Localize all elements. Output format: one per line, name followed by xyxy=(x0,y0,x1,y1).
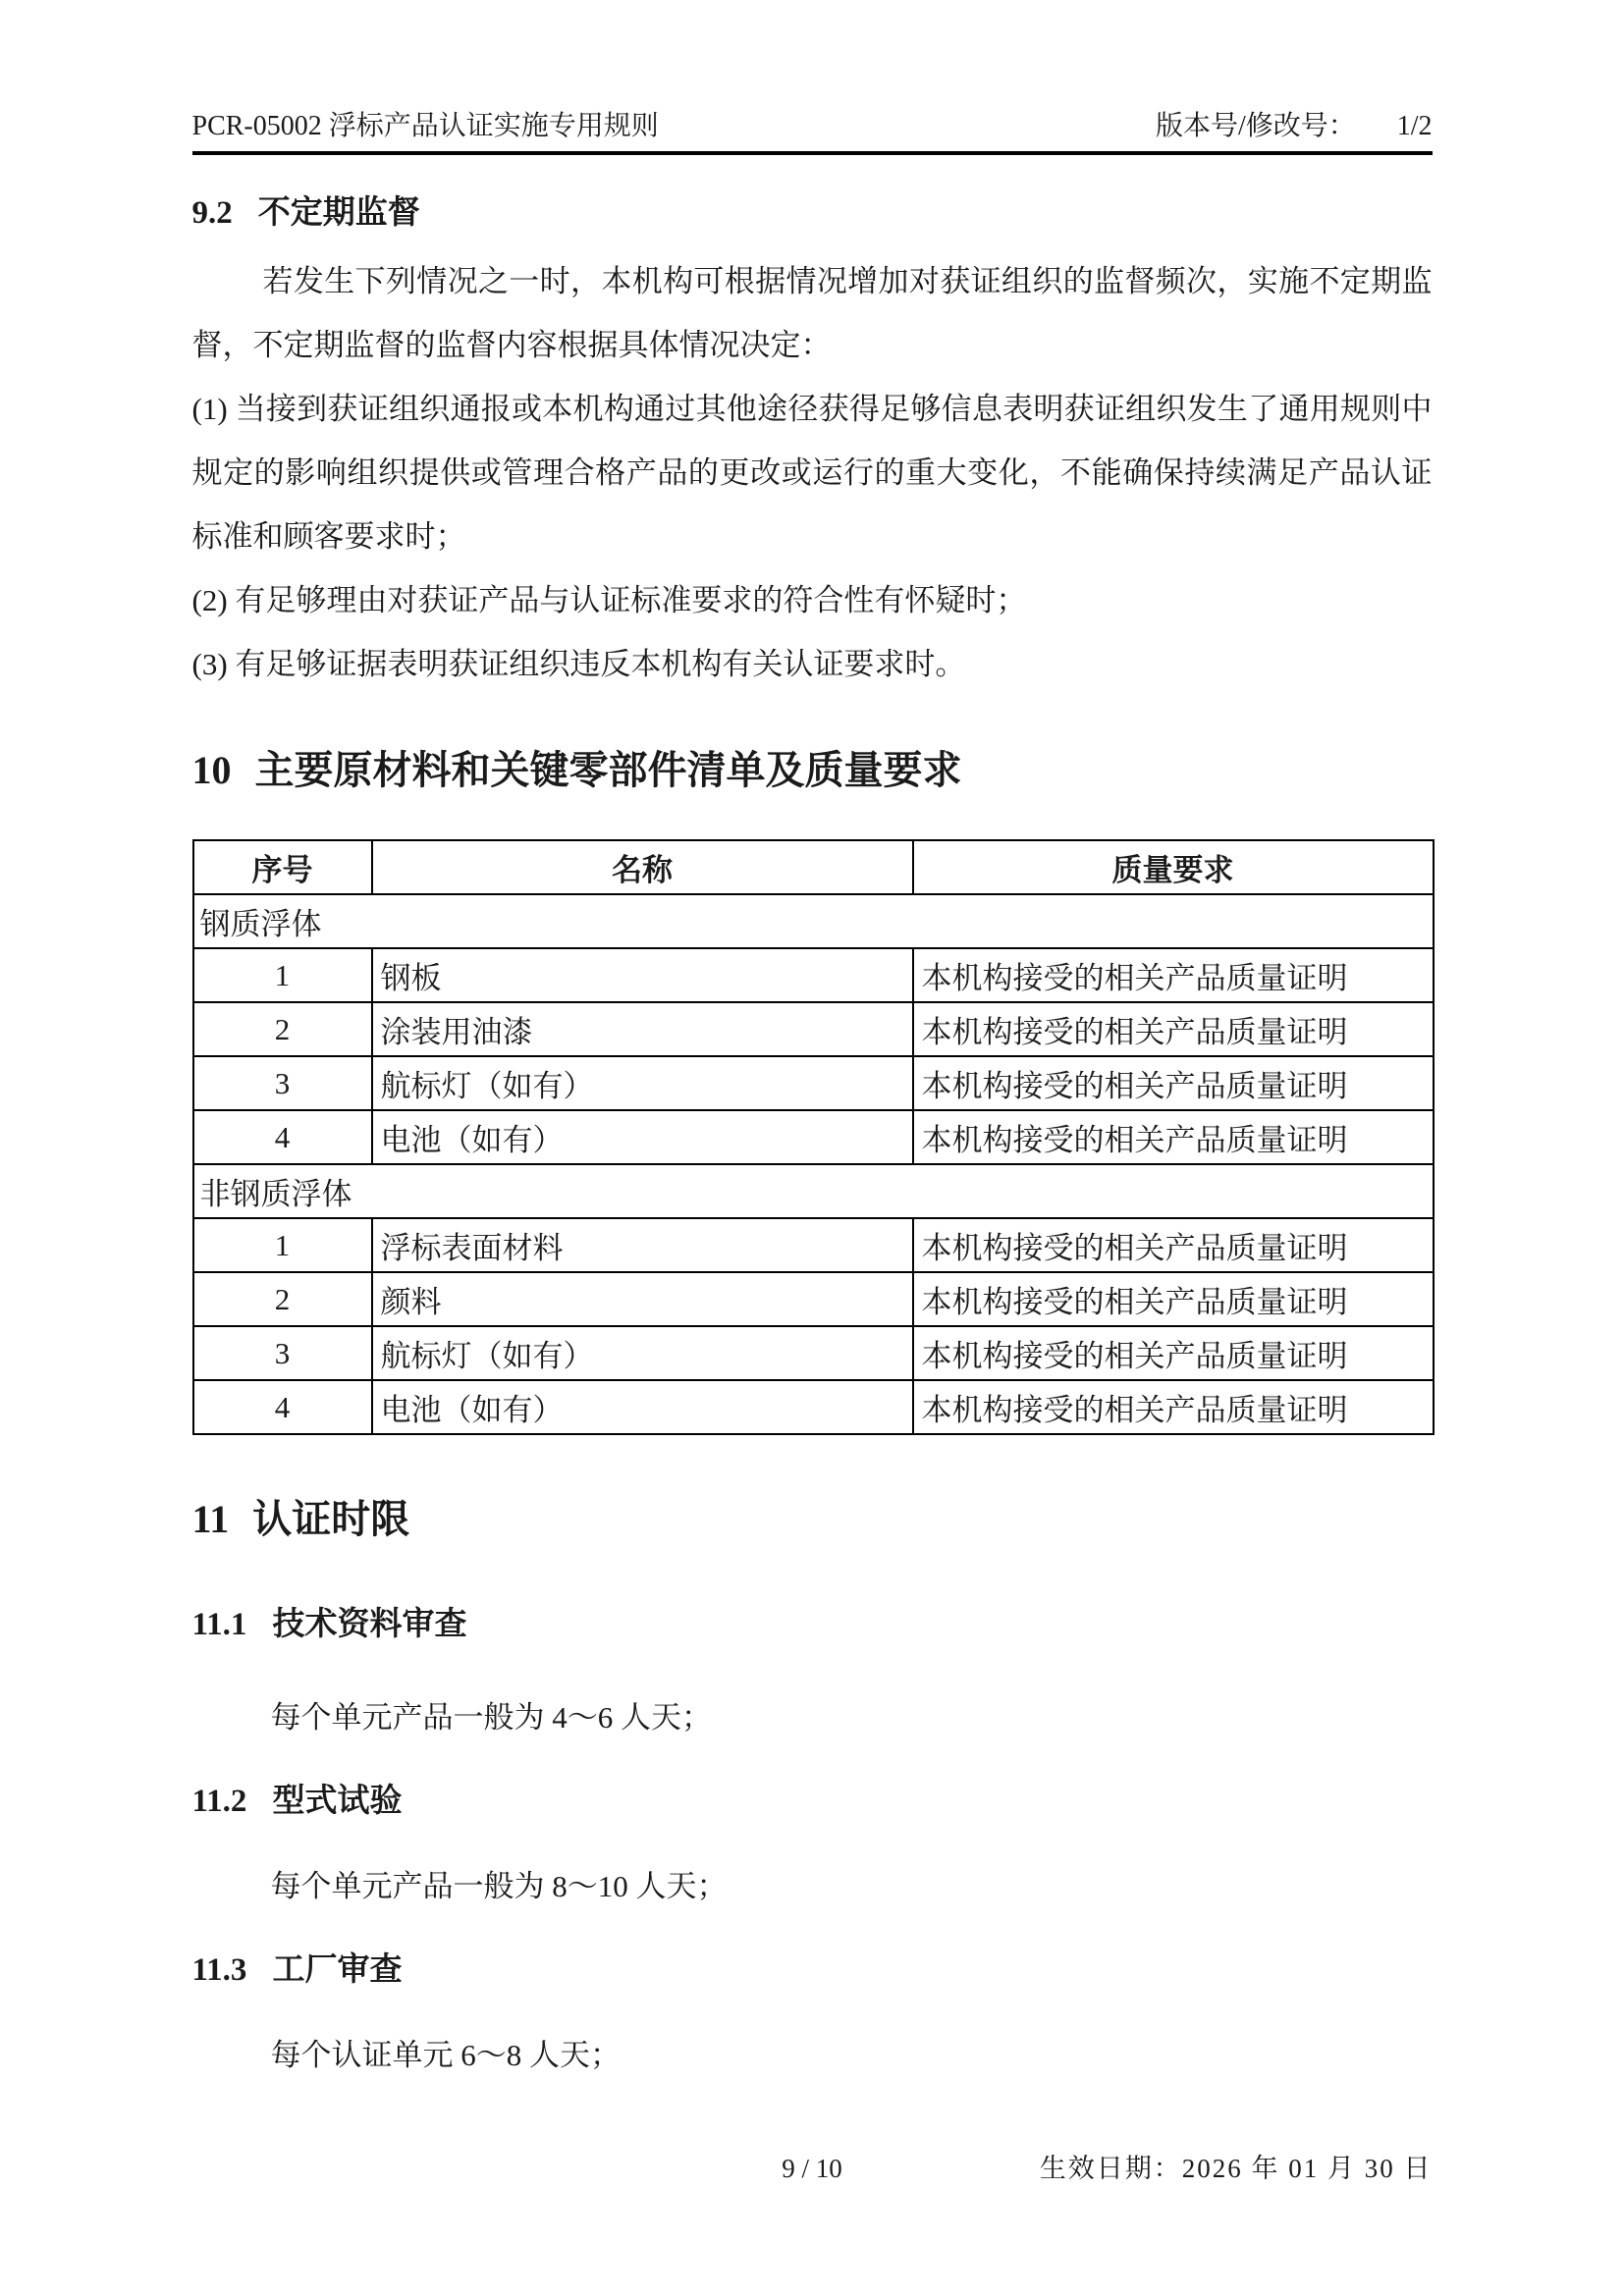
cell-requirement: 本机构接受的相关产品质量证明 xyxy=(913,948,1434,1002)
table-row: 1 钢板 本机构接受的相关产品质量证明 xyxy=(193,948,1434,1002)
subsection-body-11-3: 每个认证单元 6～8 人天； xyxy=(192,2034,1433,2077)
page-header: PCR-05002 浮标产品认证实施专用规则 版本号/修改号： 1/2 xyxy=(192,110,1433,155)
cell-index: 1 xyxy=(193,1218,372,1272)
list-item-1: (1) 当接到获证组织通报或本机构通过其他途径获得足够信息表明获证组织发生了通用… xyxy=(192,377,1433,568)
cell-name: 颜料 xyxy=(372,1272,913,1326)
table-row: 4 电池（如有） 本机构接受的相关产品质量证明 xyxy=(193,1110,1434,1164)
section-title: 型式试验 xyxy=(272,1781,402,1822)
page-footer: 9 / 10 生效日期：2026 年 01 月 30 日 xyxy=(192,2152,1433,2185)
cell-requirement: 本机构接受的相关产品质量证明 xyxy=(913,1272,1434,1326)
col-header-requirement: 质量要求 xyxy=(913,840,1434,894)
cell-index: 2 xyxy=(193,1272,372,1326)
cell-name: 电池（如有） xyxy=(372,1380,913,1434)
table-group-row-nonsteel: 非钢质浮体 xyxy=(193,1164,1434,1218)
section-number: 11.2 xyxy=(192,1781,247,1822)
cell-index: 3 xyxy=(193,1326,372,1380)
cell-requirement: 本机构接受的相关产品质量证明 xyxy=(913,1110,1434,1164)
materials-table: 序号 名称 质量要求 钢质浮体 1 钢板 本机构接受的相关产品质量证明 2 涂装… xyxy=(192,839,1435,1435)
table-row: 3 航标灯（如有） 本机构接受的相关产品质量证明 xyxy=(193,1326,1434,1380)
table-header-row: 序号 名称 质量要求 xyxy=(193,840,1434,894)
section-title: 认证时限 xyxy=(252,1496,409,1543)
table-row: 4 电池（如有） 本机构接受的相关产品质量证明 xyxy=(193,1380,1434,1434)
col-header-index: 序号 xyxy=(193,840,372,894)
section-title: 工厂审查 xyxy=(272,1949,402,1991)
page-content: PCR-05002 浮标产品认证实施专用规则 版本号/修改号： 1/2 9.2 … xyxy=(192,110,1433,2077)
section-heading-11: 11 认证时限 xyxy=(192,1496,1433,1543)
cell-requirement: 本机构接受的相关产品质量证明 xyxy=(913,1380,1434,1434)
list-item-2: (2) 有足够理由对获证产品与认证标准要求的符合性有怀疑时； xyxy=(192,568,1433,632)
group-label: 钢质浮体 xyxy=(193,894,1434,948)
version-value: 1/2 xyxy=(1397,110,1433,143)
section-heading-11-3: 11.3 工厂审查 xyxy=(192,1949,1433,1991)
section-number: 10 xyxy=(192,747,232,794)
doc-code-title: PCR-05002 浮标产品认证实施专用规则 xyxy=(192,110,659,143)
col-header-name: 名称 xyxy=(372,840,913,894)
section-heading-11-1: 11.1 技术资料审查 xyxy=(192,1604,1433,1645)
table-row: 1 浮标表面材料 本机构接受的相关产品质量证明 xyxy=(193,1218,1434,1272)
document-page: PCR-05002 浮标产品认证实施专用规则 版本号/修改号： 1/2 9.2 … xyxy=(0,0,1624,2296)
cell-requirement: 本机构接受的相关产品质量证明 xyxy=(913,1002,1434,1056)
section-number: 11 xyxy=(192,1496,230,1543)
table-row: 2 涂装用油漆 本机构接受的相关产品质量证明 xyxy=(193,1002,1434,1056)
table-row: 2 颜料 本机构接受的相关产品质量证明 xyxy=(193,1272,1434,1326)
section-number: 11.3 xyxy=(192,1949,247,1991)
table-group-row-steel: 钢质浮体 xyxy=(193,894,1434,948)
section-title: 技术资料审查 xyxy=(272,1604,466,1645)
cell-index: 4 xyxy=(193,1110,372,1164)
version-label: 版本号/修改号： xyxy=(1156,110,1356,143)
cell-requirement: 本机构接受的相关产品质量证明 xyxy=(913,1218,1434,1272)
page-number: 9 / 10 xyxy=(782,2152,842,2185)
section-title: 主要原材料和关键零部件清单及质量要求 xyxy=(255,747,962,794)
subsection-body-11-2: 每个单元产品一般为 8～10 人天； xyxy=(192,1865,1433,1908)
cell-requirement: 本机构接受的相关产品质量证明 xyxy=(913,1056,1434,1110)
section-title: 不定期监督 xyxy=(258,192,420,234)
subsection-body-11-1: 每个单元产品一般为 4～6 人天； xyxy=(192,1696,1433,1739)
section-heading-9-2: 9.2 不定期监督 xyxy=(192,192,1433,234)
cell-requirement: 本机构接受的相关产品质量证明 xyxy=(913,1326,1434,1380)
cell-index: 3 xyxy=(193,1056,372,1110)
cell-index: 2 xyxy=(193,1002,372,1056)
version-info: 版本号/修改号： 1/2 xyxy=(1156,110,1433,143)
cell-name: 航标灯（如有） xyxy=(372,1056,913,1110)
section-heading-11-2: 11.2 型式试验 xyxy=(192,1781,1433,1822)
cell-name: 浮标表面材料 xyxy=(372,1218,913,1272)
cell-name: 航标灯（如有） xyxy=(372,1326,913,1380)
cell-index: 4 xyxy=(193,1380,372,1434)
cell-index: 1 xyxy=(193,948,372,1002)
table-row: 3 航标灯（如有） 本机构接受的相关产品质量证明 xyxy=(193,1056,1434,1110)
section-number: 11.1 xyxy=(192,1604,247,1645)
effective-date: 生效日期：2026 年 01 月 30 日 xyxy=(1040,2152,1433,2185)
cell-name: 电池（如有） xyxy=(372,1110,913,1164)
cell-name: 涂装用油漆 xyxy=(372,1002,913,1056)
list-item-3: (3) 有足够证据表明获证组织违反本机构有关认证要求时。 xyxy=(192,632,1433,696)
section-heading-10: 10 主要原材料和关键零部件清单及质量要求 xyxy=(192,747,1433,794)
paragraph-intro-9-2: 若发生下列情况之一时，本机构可根据情况增加对获证组织的监督频次，实施不定期监督，… xyxy=(192,249,1433,377)
section-number: 9.2 xyxy=(192,192,233,234)
cell-name: 钢板 xyxy=(372,948,913,1002)
group-label: 非钢质浮体 xyxy=(193,1164,1434,1218)
